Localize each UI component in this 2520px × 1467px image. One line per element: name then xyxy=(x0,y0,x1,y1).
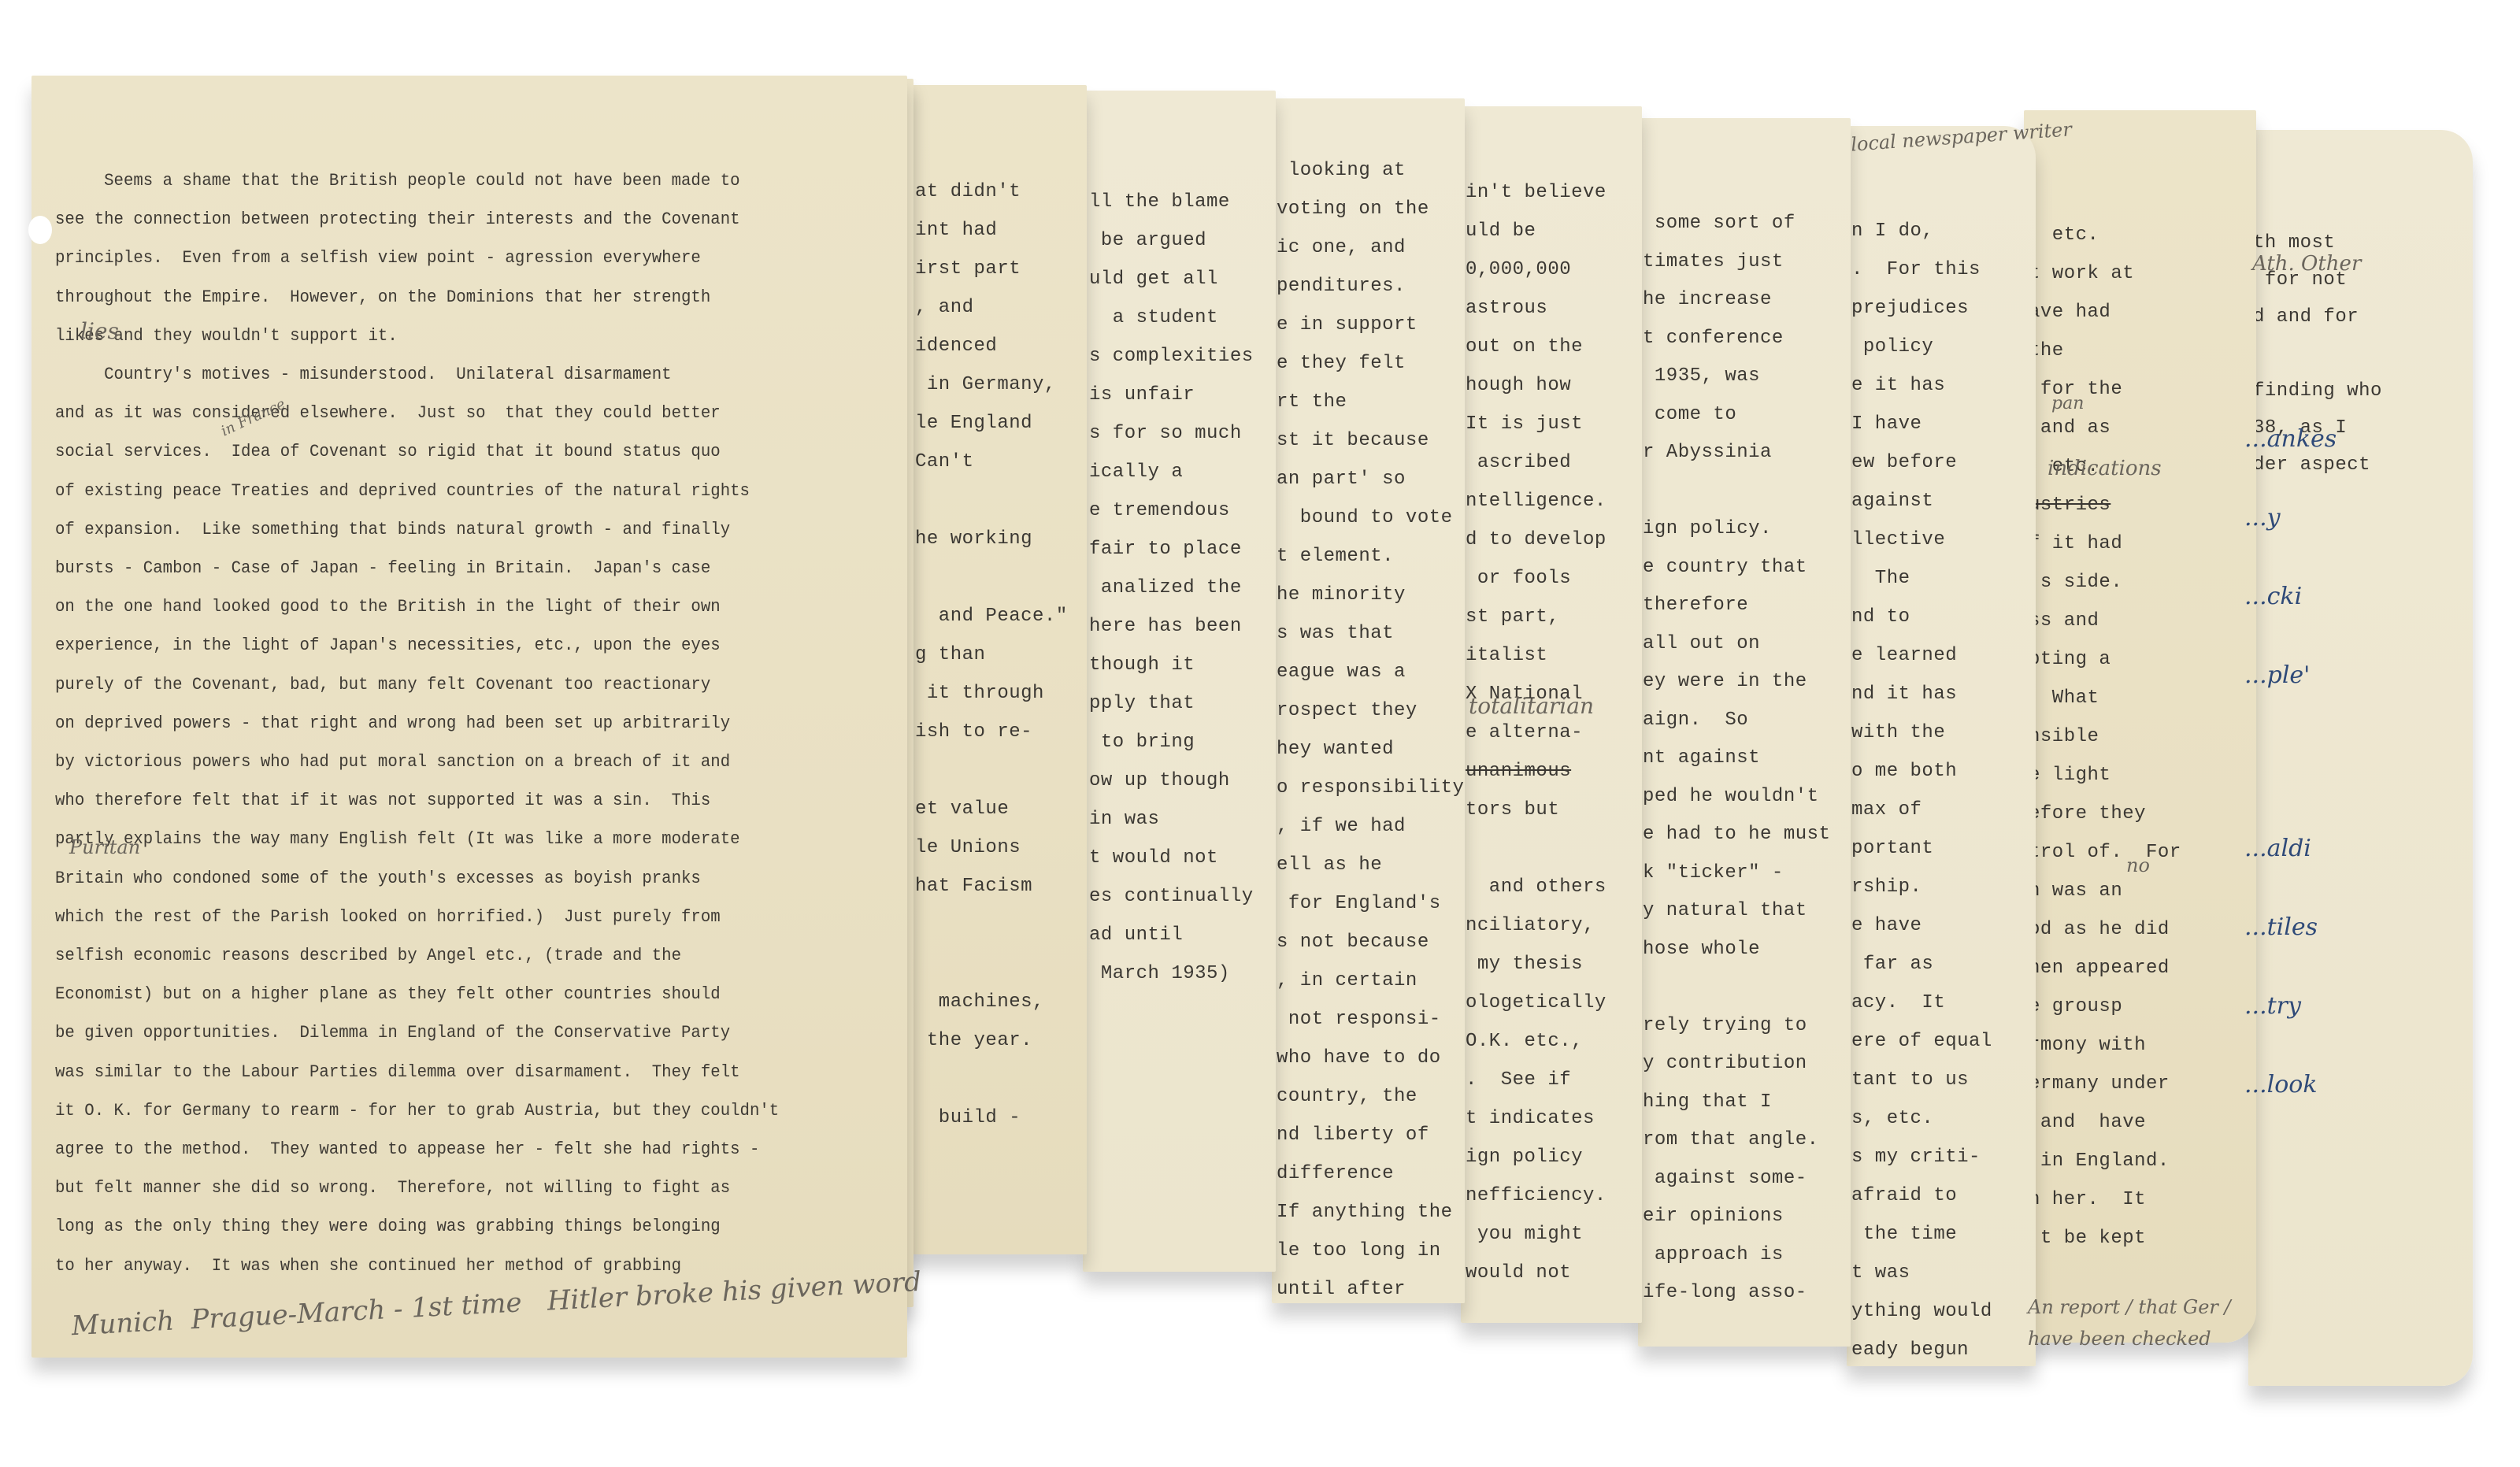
blue-ink-note: ...ankes xyxy=(2244,425,2337,453)
page-6: some sort oftimates justhe increaset con… xyxy=(1638,118,1851,1347)
typed-line: o me both xyxy=(1851,761,1957,782)
typed-line: it through xyxy=(915,683,1044,704)
typed-line: and others xyxy=(1466,876,1606,898)
typed-line: my thesis xyxy=(1466,954,1583,975)
typed-line: le too long in xyxy=(1277,1240,1441,1261)
typed-line: but felt manner she did so wrong. Theref… xyxy=(55,1177,730,1198)
typed-line: st part, xyxy=(1466,606,1559,628)
typed-line: rospect they xyxy=(1277,700,1417,721)
typed-line: machines, xyxy=(915,991,1044,1013)
typed-line: selfish economic reasons described by An… xyxy=(55,945,681,965)
typed-line: 't be kept xyxy=(2029,1228,2146,1249)
typed-line: and Peace." xyxy=(915,606,1068,627)
annotation-puritan: Puritan xyxy=(69,836,140,858)
typed-line: Britain who condoned some of the youth's… xyxy=(55,868,701,888)
typed-line: e light xyxy=(2029,765,2110,786)
typed-line: ic one, and xyxy=(1277,237,1406,258)
typed-line: be argued xyxy=(1089,230,1206,251)
typed-line: le England xyxy=(915,413,1032,434)
typed-line: rely trying to xyxy=(1643,1015,1807,1036)
typed-line: eague was a xyxy=(1277,661,1406,683)
typed-line: t work at xyxy=(2029,263,2134,284)
typed-line: et value xyxy=(915,798,1009,820)
typed-line: ascribed xyxy=(1466,452,1571,473)
typed-line: by victorious powers who had put moral s… xyxy=(55,751,730,772)
typed-line: y natural that xyxy=(1643,900,1807,921)
typed-line: an part' so xyxy=(1277,469,1406,490)
typed-line: experience, in the light of Japan's nece… xyxy=(55,635,721,655)
typed-line: t conference xyxy=(1643,328,1784,349)
typed-line: fair to place xyxy=(1089,539,1242,560)
typed-line: ologetically xyxy=(1466,992,1606,1013)
page-3: ll the blame be argueduld get all a stud… xyxy=(1083,91,1276,1272)
page-2: at didn'tint hadirst part, andidenced in… xyxy=(906,85,1087,1254)
typed-line: It is just xyxy=(1466,413,1583,435)
typed-line: agree to the method. They wanted to appe… xyxy=(55,1139,759,1159)
typed-line: penditures. xyxy=(1277,276,1406,297)
typed-line: in Germany, xyxy=(915,374,1056,395)
typed-line: efore they xyxy=(2029,803,2146,824)
typed-line: idenced xyxy=(915,335,997,357)
typed-line: ign policy xyxy=(1466,1147,1583,1168)
typed-line: the time xyxy=(1851,1224,1957,1245)
typed-line: you might xyxy=(1466,1224,1583,1245)
typed-line: timates just xyxy=(1643,251,1784,272)
typed-line: pply that xyxy=(1089,693,1195,714)
typed-line: he minority xyxy=(1277,584,1406,606)
typed-line: hey wanted xyxy=(1277,739,1394,760)
typed-line: ey were in the xyxy=(1643,671,1807,692)
typed-line: at didn't xyxy=(915,181,1021,202)
typed-line: partly explains the way many English fel… xyxy=(55,828,740,849)
blue-ink-note: ...aldi xyxy=(2244,835,2311,862)
typed-line: prejudices xyxy=(1851,298,1969,319)
typed-line: rmony with xyxy=(2029,1035,2146,1056)
typed-line: max of xyxy=(1851,799,1921,821)
typed-line: afraid to xyxy=(1851,1185,1957,1206)
typed-line: n was an xyxy=(2029,880,2122,902)
punch-hole xyxy=(28,216,52,244)
typed-line: rt the xyxy=(1277,391,1347,413)
typed-line: uld be xyxy=(1466,220,1536,242)
typed-line: ss and xyxy=(2029,610,2099,632)
typed-line: ere of equal xyxy=(1851,1031,1992,1052)
typed-line: until after xyxy=(1277,1279,1406,1300)
typed-line: , and xyxy=(915,297,974,318)
typed-line: n I do, xyxy=(1851,220,1933,242)
annotation-lies: lies xyxy=(80,318,119,344)
typed-line: ically a xyxy=(1089,461,1183,483)
typed-line: who therefore felt that if it was not su… xyxy=(55,790,710,810)
typed-line: g than xyxy=(915,644,985,665)
typed-line: e learned xyxy=(1851,645,1957,666)
typed-line: th most xyxy=(2253,232,2335,254)
typed-line: . See if xyxy=(1466,1069,1571,1091)
typed-line: astrous xyxy=(1466,298,1547,319)
typed-line: e country that xyxy=(1643,557,1807,578)
typed-line: ntelligence. xyxy=(1466,491,1606,512)
typed-line: a student xyxy=(1089,307,1218,328)
typed-line: principles. Even from a selfish view poi… xyxy=(55,247,701,268)
typed-line: throughout the Empire. However, on the D… xyxy=(55,287,710,307)
typed-line: not responsi- xyxy=(1277,1009,1441,1030)
typed-line: ad until xyxy=(1089,924,1183,946)
typed-line: trol of. For xyxy=(2029,842,2181,863)
typed-line: ign policy. xyxy=(1643,518,1772,539)
typed-line: would not xyxy=(1466,1262,1571,1284)
typed-line: bursts - Cambon - Case of Japan - feelin… xyxy=(55,558,710,578)
typed-line: e have xyxy=(1851,915,1921,936)
typed-line: eir opinions xyxy=(1643,1206,1784,1227)
typed-line: der aspect xyxy=(2253,454,2370,476)
typed-line: aign. So xyxy=(1643,709,1748,731)
typed-line: ll the blame xyxy=(1089,191,1230,213)
typed-line: he working xyxy=(915,528,1032,550)
typed-line: long as the only thing they were doing w… xyxy=(55,1216,721,1236)
typed-line: t would not xyxy=(1089,847,1218,869)
typed-line: it O. K. for Germany to rearm - for her … xyxy=(55,1100,779,1121)
typed-line: int had xyxy=(915,220,997,241)
typed-line: e alterna- xyxy=(1466,722,1583,743)
typed-line: and as xyxy=(2029,417,2110,439)
typed-line: , etc. xyxy=(2029,224,2099,246)
typed-line: s for so much xyxy=(1089,423,1242,444)
typed-line: is unfair xyxy=(1089,384,1195,406)
page-4: looking atvoting on theic one, andpendit… xyxy=(1272,98,1465,1303)
typed-line: hat Facism xyxy=(915,876,1032,897)
typed-line: d to develop xyxy=(1466,529,1606,550)
typed-line: t was xyxy=(1851,1262,1910,1284)
typed-line: , if we had xyxy=(1277,816,1406,837)
typed-line: ermany under xyxy=(2029,1073,2170,1095)
typed-line: s, etc. xyxy=(1851,1108,1933,1129)
typed-line: f it had xyxy=(2029,533,2122,554)
typed-line: bound to vote xyxy=(1277,507,1453,528)
typed-line: of expansion. Like something that binds … xyxy=(55,519,730,539)
typed-line: looking at xyxy=(1277,160,1406,181)
typed-line: e it has xyxy=(1851,375,1945,396)
typed-line: finding who xyxy=(2253,380,2382,402)
typed-line: ife-long asso- xyxy=(1643,1282,1807,1303)
typed-line: voting on the xyxy=(1277,198,1429,220)
typed-line: social services. Idea of Covenant so rig… xyxy=(55,441,721,461)
typed-line: s not because xyxy=(1277,932,1429,953)
typed-line: to bring xyxy=(1089,732,1195,753)
typed-line: portant xyxy=(1851,838,1933,859)
typed-line: was similar to the Labour Parties dilemm… xyxy=(55,1061,740,1082)
typed-line: therefore xyxy=(1643,595,1748,616)
typed-line: who have to do xyxy=(1277,1047,1441,1069)
typed-line: nd it has xyxy=(1851,683,1957,705)
typed-line: nefficiency. xyxy=(1466,1185,1606,1206)
typed-line: h her. It xyxy=(2029,1189,2146,1210)
typed-line: 1935, was xyxy=(1643,365,1760,387)
typed-line: come to xyxy=(1643,404,1736,425)
typed-line: tant to us xyxy=(1851,1069,1969,1091)
typed-line: hen appeared xyxy=(2029,958,2170,979)
typed-line: uld get all xyxy=(1089,269,1218,290)
typed-line: y contribution xyxy=(1643,1053,1807,1074)
typed-line: s was that xyxy=(1277,623,1394,644)
typed-line: in England. xyxy=(2029,1150,2170,1172)
typed-line: country, the xyxy=(1277,1086,1417,1107)
typed-line: ustries xyxy=(2029,495,2110,516)
typed-line: in was xyxy=(1089,809,1159,830)
typed-line: t element. xyxy=(1277,546,1394,567)
typed-line: of existing peace Treaties and deprived … xyxy=(55,480,750,501)
typed-line: analized the xyxy=(1089,577,1242,598)
typed-line: rship. xyxy=(1851,876,1921,898)
typed-line: all out on xyxy=(1643,633,1760,654)
annotation-no: no xyxy=(2126,854,2150,876)
typed-line: ow up though xyxy=(1089,770,1230,791)
annotation-totalitarian: totalitarian xyxy=(1469,693,1594,719)
typed-line: and as it was considered elsewhere. Just… xyxy=(55,402,721,423)
typed-line: Seems a shame that the British people co… xyxy=(55,170,740,191)
typed-line: he increase xyxy=(1643,289,1772,310)
typed-line: od as he did xyxy=(2029,919,2170,940)
typed-line: e grousp xyxy=(2029,996,2122,1017)
typed-line: e they felt xyxy=(1277,353,1406,374)
typed-line: acy. It xyxy=(1851,992,1945,1013)
typed-line: Country's motives - misunderstood. Unila… xyxy=(55,364,672,384)
typed-line: eady begun xyxy=(1851,1339,1969,1361)
typed-line: policy xyxy=(1851,336,1933,357)
typed-line: What xyxy=(2029,687,2099,709)
typed-line: rom that angle. xyxy=(1643,1129,1819,1150)
blue-ink-note: ...ple' xyxy=(2244,661,2310,689)
typed-line: italist xyxy=(1466,645,1547,666)
typed-line: the year. xyxy=(915,1030,1032,1051)
typed-line: irst part xyxy=(915,258,1021,280)
typed-line: nciliatory, xyxy=(1466,915,1595,936)
typed-line: , in certain xyxy=(1277,970,1417,991)
typed-line: ything would xyxy=(1851,1301,1992,1322)
typed-line: ew before xyxy=(1851,452,1957,473)
typed-line: build - xyxy=(915,1107,1021,1128)
blue-ink-note: ...look xyxy=(2244,1071,2318,1098)
typed-line: . For this xyxy=(1851,259,1981,280)
typed-line: for England's xyxy=(1277,893,1441,914)
main-page: Seems a shame that the British people co… xyxy=(31,76,907,1358)
typed-line: March 1935) xyxy=(1089,963,1230,984)
typed-line: O.K. etc., xyxy=(1466,1031,1583,1052)
typed-line: which the rest of the Parish looked on h… xyxy=(55,906,721,927)
typed-line: 's side. xyxy=(2029,572,2122,593)
typed-line: and have xyxy=(2029,1112,2146,1133)
typed-line: Economist) but on a higher plane as they… xyxy=(55,984,721,1004)
typed-line: far as xyxy=(1851,954,1933,975)
typed-line: 0,000,000 xyxy=(1466,259,1571,280)
typed-line: on the one hand looked good to the Briti… xyxy=(55,596,721,617)
typed-line: here has been xyxy=(1089,616,1242,637)
typed-line: e in support xyxy=(1277,314,1417,335)
typed-line: s complexities xyxy=(1089,346,1254,367)
typed-line: e had to he must xyxy=(1643,824,1830,845)
typed-line: t indicates xyxy=(1466,1108,1595,1129)
typed-line: d and for xyxy=(2253,306,2359,328)
blue-ink-note: ...cki xyxy=(2244,583,2302,610)
typed-line: ell as he xyxy=(1277,854,1382,876)
typed-line: e tremendous xyxy=(1089,500,1230,521)
typed-line: hing that I xyxy=(1643,1091,1772,1113)
typed-line: ped he wouldn't xyxy=(1643,786,1819,807)
typed-line: purely of the Covenant, bad, but many fe… xyxy=(55,674,710,695)
typed-line: to her anyway. It was when she continued… xyxy=(55,1255,681,1276)
annotation-indications: indications xyxy=(2047,457,2162,480)
blue-ink-note: ...tiles xyxy=(2244,913,2318,941)
typed-line: nt against xyxy=(1643,747,1760,769)
typed-line: difference xyxy=(1277,1163,1394,1184)
typed-line: approach is xyxy=(1643,1244,1784,1265)
typed-line: or fools xyxy=(1466,568,1571,589)
typed-line: If anything the xyxy=(1277,1202,1453,1223)
typed-line: k "ticker" - xyxy=(1643,862,1784,884)
typed-line: le Unions xyxy=(915,837,1021,858)
typed-line: o responsibility xyxy=(1277,777,1464,798)
typed-line: against xyxy=(1851,491,1933,512)
annotation-report: An report / that Ger / have been checked xyxy=(2028,1291,2233,1354)
typed-line: pting a xyxy=(2029,649,2110,670)
typed-line: hose whole xyxy=(1643,939,1760,960)
typed-line: I have xyxy=(1851,413,1921,435)
typed-line: llective xyxy=(1851,529,1945,550)
typed-line: some sort of xyxy=(1643,213,1795,234)
typed-line: unanimous xyxy=(1466,761,1571,782)
blue-ink-note: ...y xyxy=(2244,504,2281,532)
page-9: th most for notd and forfinding who38, a… xyxy=(2248,130,2473,1386)
page-7: n I do,. For thisprejudices policye it h… xyxy=(1847,126,2036,1366)
typed-line: be given opportunities. Dilemma in Engla… xyxy=(55,1022,730,1043)
typed-line: nd liberty of xyxy=(1277,1124,1429,1146)
typed-line: hough how xyxy=(1466,375,1571,396)
typed-line: ave had xyxy=(2029,302,2110,323)
typed-line: Can't xyxy=(915,451,974,472)
typed-line: ish to re- xyxy=(915,721,1032,743)
page-8: , etc.t work atave hadthe for the and as… xyxy=(2024,110,2256,1343)
typed-line: nd to xyxy=(1851,606,1910,628)
annotation-pan: pan xyxy=(2051,394,2084,413)
typed-line: against some- xyxy=(1643,1168,1807,1189)
typed-line: though it xyxy=(1089,654,1195,676)
typed-line: see the connection between protecting th… xyxy=(55,209,740,229)
typed-line: nsible xyxy=(2029,726,2099,747)
blue-ink-note: ...try xyxy=(2244,992,2301,1020)
typed-line: in't believe xyxy=(1466,182,1606,203)
typed-line: tors but xyxy=(1466,799,1559,821)
typed-line: st it because xyxy=(1277,430,1429,451)
typed-line: on deprived powers - that right and wron… xyxy=(55,713,730,733)
annotation-other: Ath. Other xyxy=(2252,252,2361,276)
typed-line: out on the xyxy=(1466,336,1583,357)
typed-line: es continually xyxy=(1089,886,1254,907)
annotation-bottom-note: Munich Prague-March - 1st time Hitler br… xyxy=(71,1266,922,1342)
typed-line: with the xyxy=(1851,722,1945,743)
typed-line: r Abyssinia xyxy=(1643,442,1772,463)
typed-line: The xyxy=(1851,568,1910,589)
typed-line: s my criti- xyxy=(1851,1147,1981,1168)
